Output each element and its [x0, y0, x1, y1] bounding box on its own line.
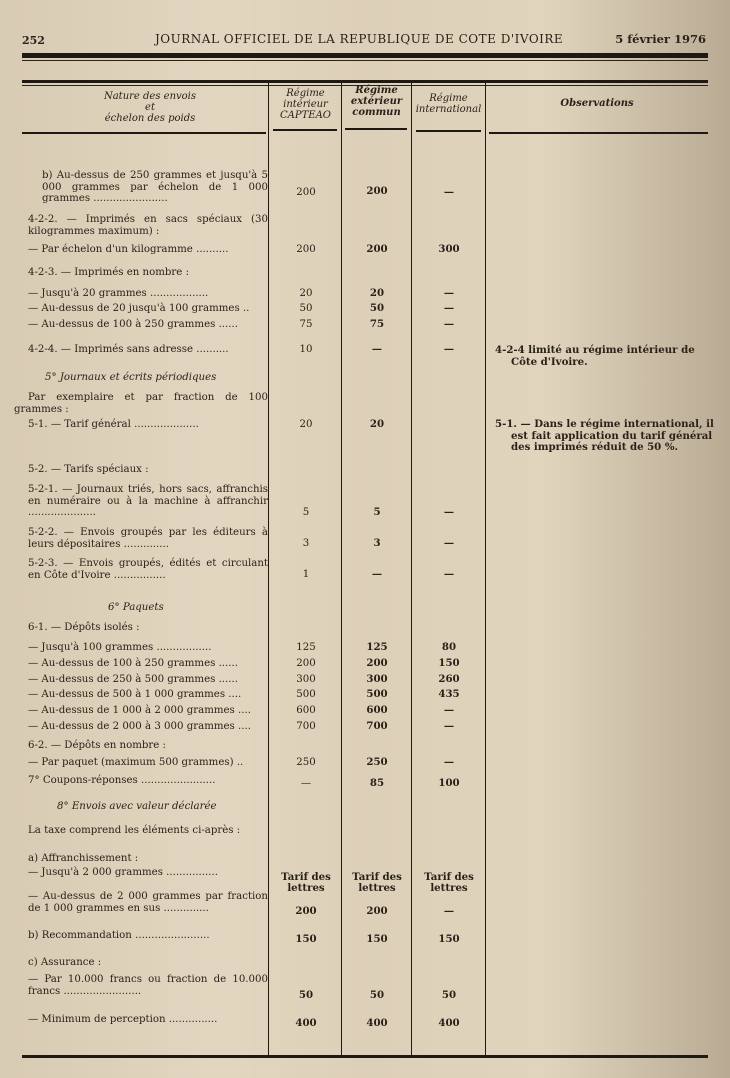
cell-interieur: 20 [270, 419, 342, 431]
page-number: 252 [22, 34, 45, 47]
cell-exterieur: 600 [342, 705, 412, 717]
cell-international: — [413, 538, 485, 550]
cell-exterieur: 3 [342, 538, 412, 550]
cell-international: — [413, 569, 485, 581]
cell-international: 100 [413, 778, 485, 790]
row-label: 4-2-3. — Imprimés en nombre : [28, 267, 268, 279]
cell-international: 80 [413, 642, 485, 654]
row-label: — Par échelon d'un kilogramme .......... [28, 244, 268, 256]
cell-international: — [413, 906, 485, 918]
column-header-international: Régime international [412, 93, 485, 115]
cell-exterieur: 50 [342, 990, 412, 1002]
header-underline [416, 130, 481, 132]
row-label: a) Affranchissement : [28, 853, 268, 865]
observation-text: 5-1. — Dans le régime international, il [495, 418, 714, 430]
cell-international: — [413, 187, 485, 199]
cell-international: — [413, 757, 485, 769]
cell-exterieur: 500 [342, 689, 412, 701]
cell-interieur: 75 [270, 319, 342, 331]
cell-interieur: 200 [270, 244, 342, 256]
row-label: — Au-dessus de 250 à 500 grammes ...... [28, 674, 268, 686]
cell-interieur: 200 [270, 187, 342, 199]
cell-exterieur: 150 [342, 934, 412, 946]
cell-international: Tarif des lettres [423, 872, 475, 894]
column-divider [268, 83, 269, 1055]
row-label: 5-2-2. — Envois groupés par les éditeurs… [28, 527, 268, 550]
cell-exterieur: 5 [342, 507, 412, 519]
cell-interieur: 500 [270, 689, 342, 701]
cell-interieur: 600 [270, 705, 342, 717]
cell-interieur: 3 [270, 538, 342, 550]
cell-exterieur: 200 [342, 906, 412, 918]
row-label: 6° Paquets [108, 602, 348, 614]
row-label: — Minimum de perception ............... [28, 1014, 268, 1026]
cell-exterieur: 85 [342, 778, 412, 790]
cell-exterieur: 200 [342, 186, 412, 198]
cell-exterieur: 700 [342, 721, 412, 733]
row-label: — Au-dessus de 20 jusqu'à 100 grammes .. [28, 303, 268, 315]
cell-exterieur: Tarif des lettres [352, 872, 402, 894]
cell-interieur: 50 [270, 990, 342, 1002]
row-label: c) Assurance : [28, 957, 268, 969]
cell-international: 260 [413, 674, 485, 686]
row-label: Par exemplaire et par fraction de 100 gr… [14, 392, 268, 415]
cell-interieur: — [270, 778, 342, 790]
cell-interieur: 200 [270, 658, 342, 670]
cell-interieur: 300 [270, 674, 342, 686]
header-underline [22, 132, 266, 134]
row-label: — Au-dessus de 2 000 à 3 000 grammes ...… [28, 721, 268, 733]
row-label: 5-1. — Tarif général ...................… [28, 419, 268, 431]
row-label: 4-2-2. — Imprimés en sacs spéciaux (30 k… [28, 214, 268, 237]
cell-interieur: 125 [270, 642, 342, 654]
row-label: 4-2-4. — Imprimés sans adresse .........… [28, 344, 268, 356]
cell-international: — [413, 705, 485, 717]
cell-exterieur: 200 [342, 244, 412, 256]
column-header-interieur: Régime intérieur CAPTEAO [270, 88, 341, 121]
cell-international: — [413, 507, 485, 519]
cell-interieur: 200 [270, 906, 342, 918]
cell-interieur: 10 [270, 344, 342, 356]
cell-international: — [413, 721, 485, 733]
row-label: — Au-dessus de 500 à 1 000 grammes .... [28, 689, 268, 701]
row-label: b) Au-dessus de 250 grammes et jusqu'à 5… [42, 170, 268, 205]
row-label: 6-2. — Dépôts en nombre : [28, 740, 268, 752]
cell-international: — [413, 288, 485, 300]
cell-international: 150 [413, 658, 485, 670]
cell-international: — [413, 319, 485, 331]
header-underline [273, 129, 337, 131]
cell-interieur: 700 [270, 721, 342, 733]
cell-interieur: 5 [270, 507, 342, 519]
row-label: — Jusqu'à 2 000 grammes ................ [28, 867, 268, 879]
cell-international: 400 [413, 1018, 485, 1030]
header-underline [489, 132, 708, 134]
cell-exterieur: — [342, 569, 412, 581]
observation-text: Côte d'Ivoire. [495, 357, 730, 369]
header-underline [345, 128, 407, 130]
cell-exterieur: 400 [342, 1018, 412, 1030]
row-label: — Au-dessus de 100 à 250 grammes ...... [28, 658, 268, 670]
row-label: 5° Journaux et écrits périodiques [45, 372, 285, 384]
cell-international: 150 [413, 934, 485, 946]
cell-exterieur: 250 [342, 757, 412, 769]
cell-interieur: 150 [270, 934, 342, 946]
table-bottom-rule [22, 1055, 708, 1058]
cell-exterieur: 300 [342, 674, 412, 686]
column-header-nature: Nature des envois et échelon des poids [60, 91, 240, 124]
row-label: — Au-dessus de 1 000 à 2 000 grammes ...… [28, 705, 268, 717]
row-label: — Au-dessus de 100 à 250 grammes ...... [28, 319, 268, 331]
row-label: 7° Coupons-réponses ....................… [28, 775, 268, 787]
row-label: — Par paquet (maximum 500 grammes) .. [28, 757, 268, 769]
cell-exterieur: 20 [342, 419, 412, 431]
journal-title: JOURNAL OFFICIEL DE LA REPUBLIQUE DE COT… [155, 32, 563, 46]
cell-interieur: Tarif des lettres [280, 872, 332, 894]
cell-interieur: 20 [270, 288, 342, 300]
column-header-observations: Observations [486, 98, 708, 109]
column-header-exterieur: Régime extérieur commun [342, 85, 411, 118]
cell-exterieur: 20 [342, 288, 412, 300]
observation-text: est fait application du tarif général de… [495, 431, 730, 454]
cell-international: 435 [413, 689, 485, 701]
row-label: — Jusqu'à 20 grammes .................. [28, 288, 268, 300]
cell-international: — [413, 344, 485, 356]
row-label: b) Recommandation ......................… [28, 930, 268, 942]
cell-exterieur: 50 [342, 303, 412, 315]
observation-text: 4-2-4 limité au régime intérieur de [495, 344, 695, 356]
row-label: 5-2-1. — Journaux triés, hors sacs, affr… [28, 484, 268, 519]
cell-international: — [413, 303, 485, 315]
header-rule-thick [22, 53, 708, 58]
page-header: 252 JOURNAL OFFICIEL DE LA REPUBLIQUE DE… [22, 32, 708, 52]
row-label: 5-2-3. — Envois groupés, édités et circu… [28, 558, 268, 581]
header-rule-thin [22, 60, 708, 61]
row-label: 5-2. — Tarifs spéciaux : [28, 464, 268, 476]
row-label: La taxe comprend les éléments ci-après : [28, 825, 268, 837]
cell-exterieur: 200 [342, 658, 412, 670]
cell-exterieur: 75 [342, 319, 412, 331]
cell-interieur: 250 [270, 757, 342, 769]
cell-international: 300 [413, 244, 485, 256]
row-label: — Jusqu'à 100 grammes ................. [28, 642, 268, 654]
journal-page: 252 JOURNAL OFFICIEL DE LA REPUBLIQUE DE… [0, 0, 730, 1078]
cell-exterieur: — [342, 344, 412, 356]
cell-interieur: 1 [270, 569, 342, 581]
table-top-rule [22, 80, 708, 83]
cell-interieur: 50 [270, 303, 342, 315]
cell-international: 50 [413, 990, 485, 1002]
issue-date: 5 février 1976 [615, 32, 706, 46]
observation-note: 4-2-4 limité au régime intérieur de Côte… [495, 345, 730, 368]
column-divider [485, 83, 486, 1055]
observation-note: 5-1. — Dans le régime international, il … [495, 419, 730, 454]
row-label: 8° Envois avec valeur déclarée [57, 801, 268, 813]
row-label: — Au-dessus de 2 000 grammes par fractio… [28, 891, 268, 914]
row-label: — Par 10.000 francs ou fraction de 10.00… [28, 974, 268, 997]
cell-exterieur: 125 [342, 642, 412, 654]
cell-interieur: 400 [270, 1018, 342, 1030]
row-label: 6-1. — Dépôts isolés : [28, 622, 268, 634]
